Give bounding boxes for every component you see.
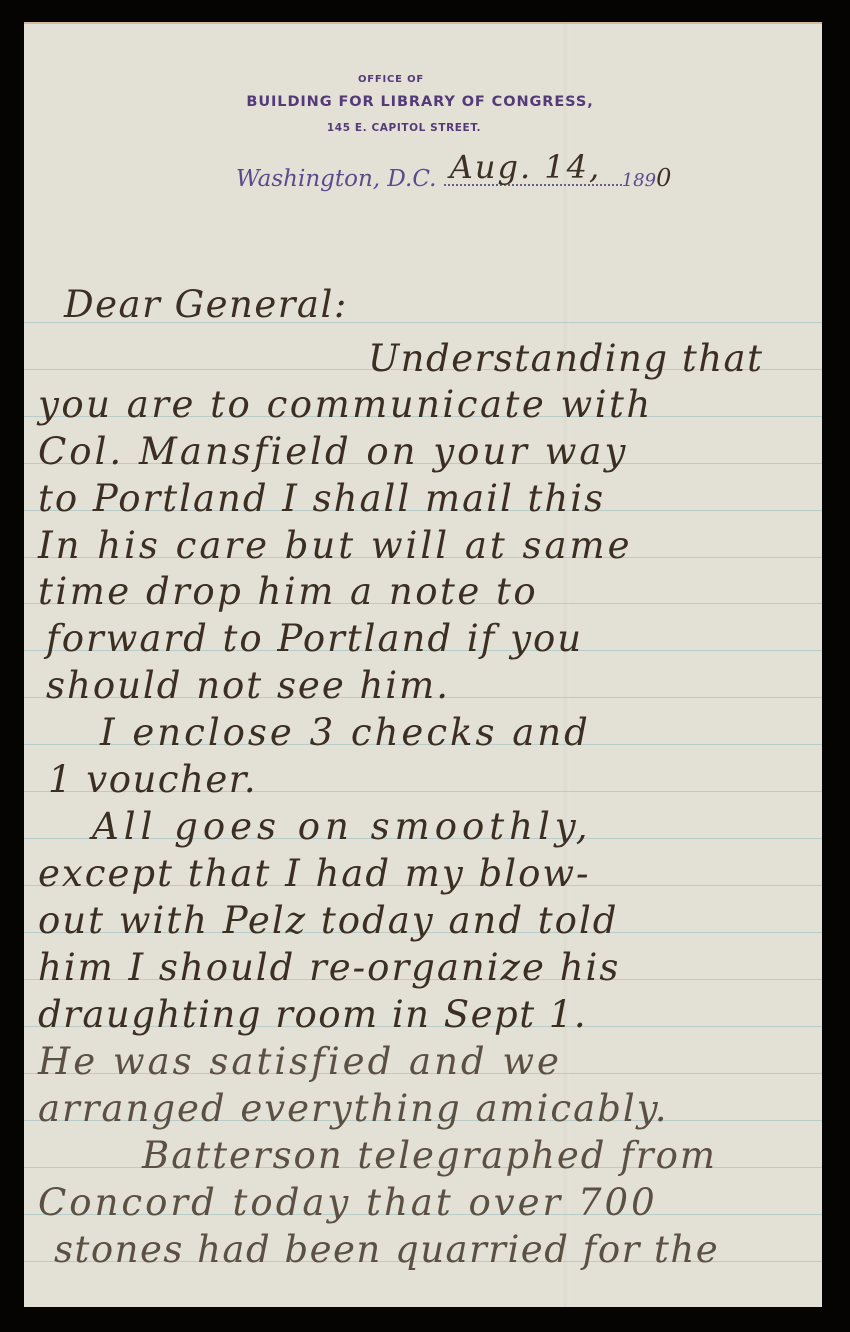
- letter-line: In his care but will at same: [38, 527, 633, 564]
- handwritten-date: Aug. 14,: [450, 148, 601, 186]
- letter-line: He was satisfied and we: [38, 1043, 562, 1080]
- letter-line: arranged everything amicably.: [38, 1090, 668, 1127]
- letter-line: Col. Mansfield on your way: [38, 433, 628, 470]
- letter-line: you are to communicate with: [38, 386, 653, 423]
- letter-line: to Portland I shall mail this: [38, 480, 605, 517]
- letter-line: except that I had my blow-: [38, 855, 591, 892]
- salutation: Dear General:: [64, 286, 348, 323]
- dateline-place: Washington, D.C.: [236, 166, 436, 192]
- letter-line: should not see him.: [46, 667, 450, 704]
- letter-line: forward to Portland if you: [46, 620, 583, 657]
- letter-line: out with Pelz today and told: [38, 902, 618, 939]
- letter-line: stones had been quarried for the: [54, 1231, 719, 1268]
- letterhead-office: OFFICE OF: [0, 74, 790, 85]
- letter-line: draughting room in Sept 1.: [38, 996, 587, 1033]
- letter-line: All goes on smoothly,: [92, 808, 593, 845]
- year-printed: 189: [622, 170, 656, 191]
- letter-line: Understanding that: [368, 340, 763, 377]
- year-handwritten: 0: [656, 164, 671, 192]
- date-field: Aug. 14,: [444, 162, 622, 186]
- letter-line: 1 voucher.: [48, 761, 257, 798]
- letter-line: Concord today that over 700: [38, 1184, 658, 1221]
- letter-line: him I should re-organize his: [38, 949, 620, 986]
- letterhead-street: 145 E. CAPITOL STREET.: [5, 122, 803, 134]
- letter-line: time drop him a note to: [38, 573, 538, 610]
- letter-page: OFFICE OF BUILDING FOR LIBRARY OF CONGRE…: [24, 22, 822, 1307]
- letter-line: I enclose 3 checks and: [100, 714, 591, 751]
- letter-line: Batterson telegraphed from: [142, 1137, 717, 1174]
- dateline: Washington, D.C. Aug. 14, 1890: [236, 162, 671, 192]
- letterhead-building: BUILDING FOR LIBRARY OF CONGRESS,: [21, 94, 819, 110]
